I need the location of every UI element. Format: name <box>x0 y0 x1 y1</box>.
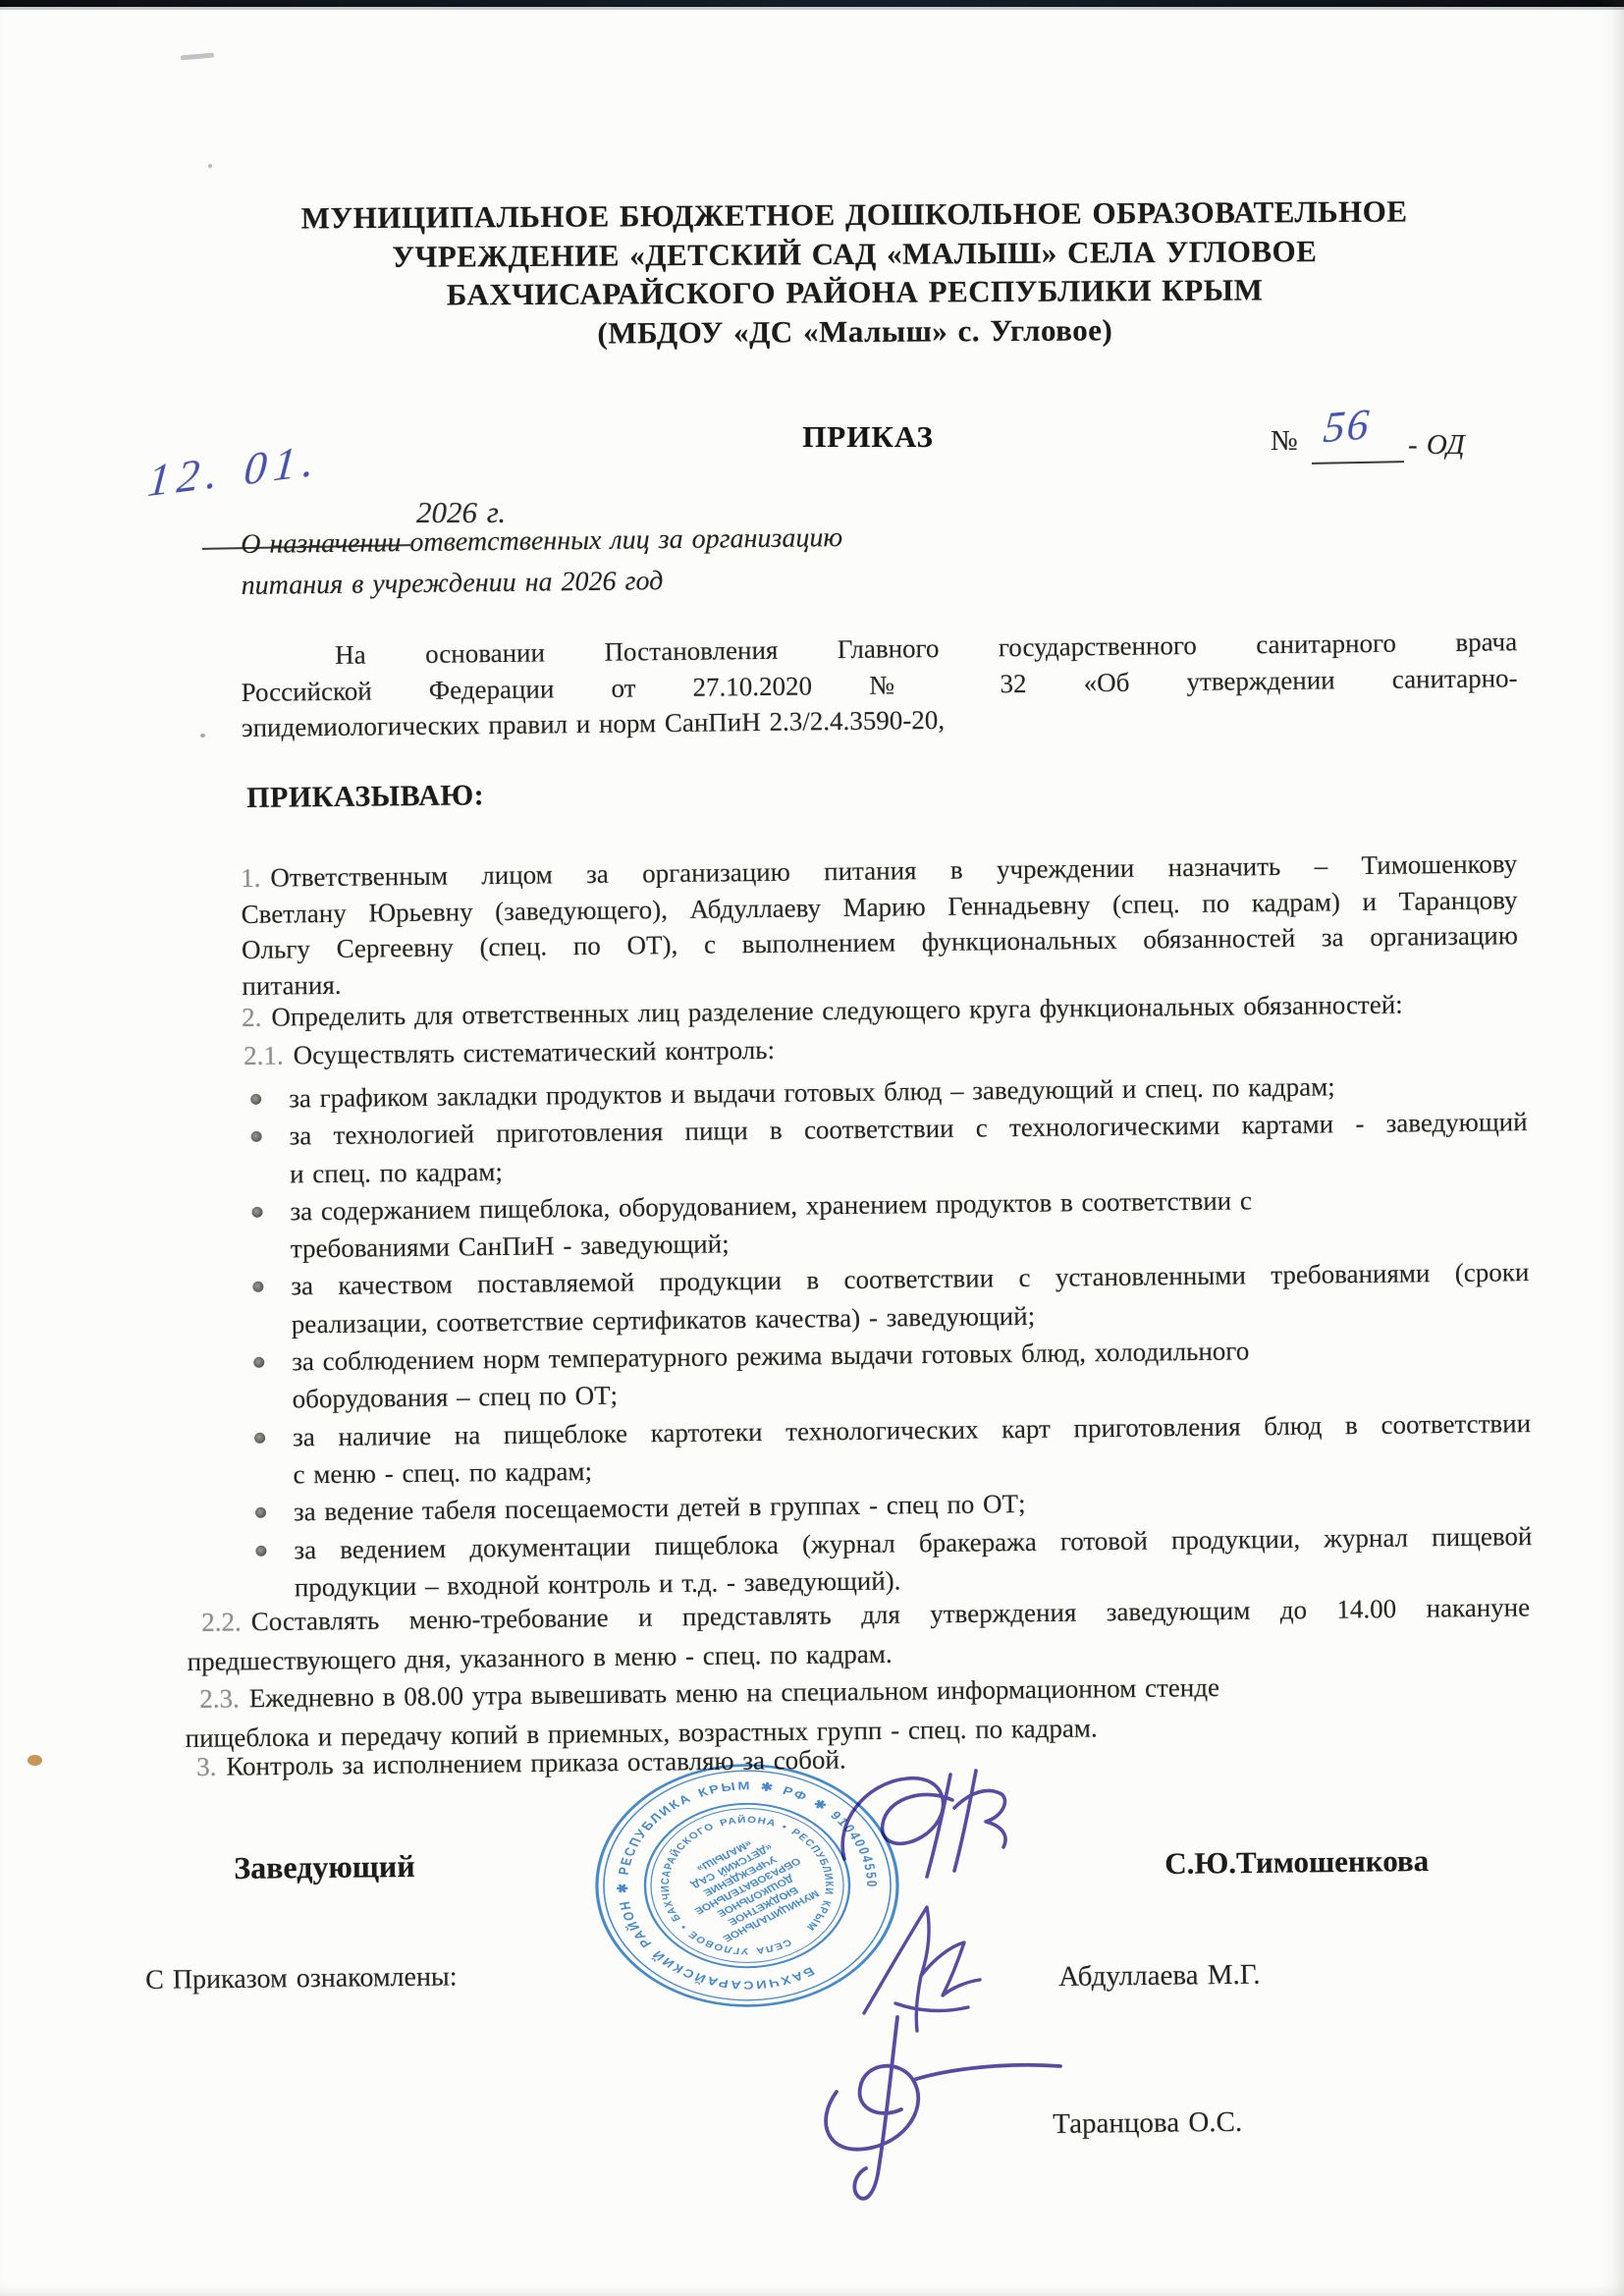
ack-signature-2 <box>803 2005 1068 2212</box>
scan-smudge-artifact <box>181 53 214 61</box>
order-number-underline <box>1312 461 1404 465</box>
bullet-icon <box>250 1094 261 1105</box>
bullet-icon <box>251 1131 262 1142</box>
item-number: 2. <box>242 1003 262 1032</box>
order-date-handwritten: 12. 01. <box>145 433 323 508</box>
bullet-icon <box>254 1432 265 1443</box>
bullet-icon <box>255 1545 266 1556</box>
head-signature <box>833 1761 1049 1893</box>
org-name-line: (МБДОУ «ДС «Малыш» с. Угловое) <box>173 307 1538 355</box>
item-text: Осуществлять систематический контроль: <box>293 1035 775 1070</box>
list-item: за качеством поставляемой продукции в со… <box>243 1254 1530 1343</box>
order-number-handwritten: 56 <box>1322 399 1373 454</box>
item-text: Ежедневно в 08.00 утра вывешивать меню н… <box>249 1672 1220 1713</box>
bullet-icon <box>255 1507 266 1518</box>
scan-top-edge-artifact <box>0 0 1624 7</box>
item-number: 2.3. <box>199 1683 240 1713</box>
list-item: за наличие на пищеблоке картотеки технол… <box>244 1404 1532 1494</box>
scanned-order-document: МУНИЦИПАЛЬНОЕ БЮДЖЕТНОЕ ДОШКОЛЬНОЕ ОБРАЗ… <box>0 0 1624 2296</box>
margin-speck-artifact <box>200 734 205 738</box>
order-subject: О назначении ответственных лиц за органи… <box>241 515 1125 607</box>
scan-top-edge-shadow <box>0 7 1624 10</box>
control-duties-list: за графиком закладки продуктов и выдачи … <box>241 1066 1533 1607</box>
order-item-2-1: 2.1.Осуществлять систематический контрол… <box>244 1035 775 1071</box>
list-item: за содержанием пищеблока, оборудованием,… <box>242 1178 1529 1268</box>
order-number-label: № <box>1271 425 1298 458</box>
subject-line: питания в учреждении на 2026 год <box>241 556 1124 607</box>
margin-dot-artifact <box>27 1755 42 1766</box>
bullet-icon <box>252 1282 263 1292</box>
item-number: 1. <box>241 863 261 893</box>
signer-position-label: Заведующий <box>234 1848 415 1886</box>
list-item: за технологией приготовления пищи в соот… <box>241 1103 1528 1192</box>
item-number: 3. <box>196 1752 217 1781</box>
order-item-2-3: 2.3.Ежедневно в 08.00 утра вывешивать ме… <box>185 1664 1529 1758</box>
bullet-icon <box>253 1357 264 1368</box>
order-number-suffix: - ОД <box>1408 429 1465 462</box>
decree-word: ПРИКАЗЫВАЮ: <box>246 779 484 815</box>
item-number: 2.2. <box>201 1607 242 1636</box>
item-number: 2.1. <box>244 1041 284 1070</box>
scan-speck-artifact <box>208 164 212 168</box>
acknowledged-name-1: Абдуллаева М.Г. <box>1058 1959 1261 1994</box>
org-name-header: МУНИЦИПАЛЬНОЕ БЮДЖЕТНОЕ ДОШКОЛЬНОЕ ОБРАЗ… <box>172 191 1538 355</box>
list-item: за соблюдением норм температурного режим… <box>244 1329 1531 1418</box>
order-item-1: 1.Ответственным лицом за организацию пит… <box>241 846 1519 1004</box>
bullet-icon <box>251 1207 262 1218</box>
acknowledged-name-2: Таранцова О.С. <box>1053 2106 1242 2141</box>
signer-name: С.Ю.Тимошенкова <box>1164 1843 1429 1882</box>
acknowledged-label: С Приказом ознакомлены: <box>145 1961 458 1996</box>
order-preamble: На основании Постановления Главного госу… <box>241 624 1518 745</box>
